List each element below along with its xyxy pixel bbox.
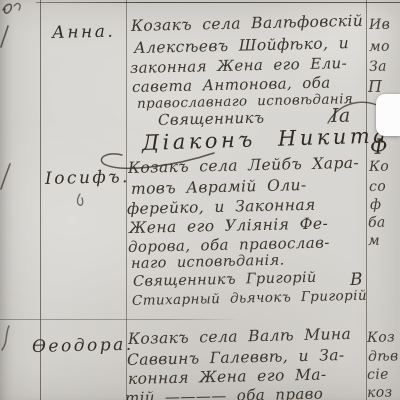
clergy-line: Священникъ <box>158 109 265 129</box>
margin-fragment: За <box>369 59 387 75</box>
interline-note-fragment: Ф <box>370 134 392 159</box>
clergy-line: Стихарный дьячокъ Григорій <box>132 288 367 309</box>
clergy-line: Священникъ Григорій <box>133 270 317 290</box>
body-line: товъ Аврамій Оли- <box>131 176 307 198</box>
body-line: Козакъ села Валѣ Мина <box>128 325 352 348</box>
margin-fragment: сіе <box>367 367 389 383</box>
margin-fragment: мо <box>369 39 390 55</box>
margin-fragment: П <box>368 77 383 96</box>
scanned-register-page[interactable]: Анна. Іосифъ. Ѳеодора. Козакъ села Валѣф… <box>0 0 400 400</box>
body-line: наго исповѣданія. <box>131 253 285 272</box>
margin-fragment: ф <box>370 197 382 213</box>
entry-name: Анна. <box>52 22 116 43</box>
margin-fragment: Ив <box>369 17 391 33</box>
body-line: Алексѣевъ Шойфѣко, и <box>134 34 349 57</box>
header-rule <box>36 2 400 3</box>
entry-name: Ѳеодора. <box>32 335 134 357</box>
margin-fragment: Ко <box>369 159 389 175</box>
margin-fragment: м <box>368 233 380 249</box>
margin-fragment: дѣв <box>368 348 399 365</box>
entry-name: Іосифъ. <box>45 167 130 189</box>
margin-fragment: Коз <box>367 329 395 346</box>
overlay-card-corner[interactable] <box>376 94 400 136</box>
margin-fragment: со <box>369 179 386 195</box>
body-line: дорова, оба православ- <box>128 233 330 256</box>
margin-fragment: ба <box>368 215 386 231</box>
body-line: Козакъ села Валѣфовскій <box>131 12 364 35</box>
row-divider-rule <box>0 319 240 320</box>
body-line: Козакъ села Лейбъ Хара- <box>128 154 359 177</box>
margin-fragment: коз <box>367 384 393 400</box>
